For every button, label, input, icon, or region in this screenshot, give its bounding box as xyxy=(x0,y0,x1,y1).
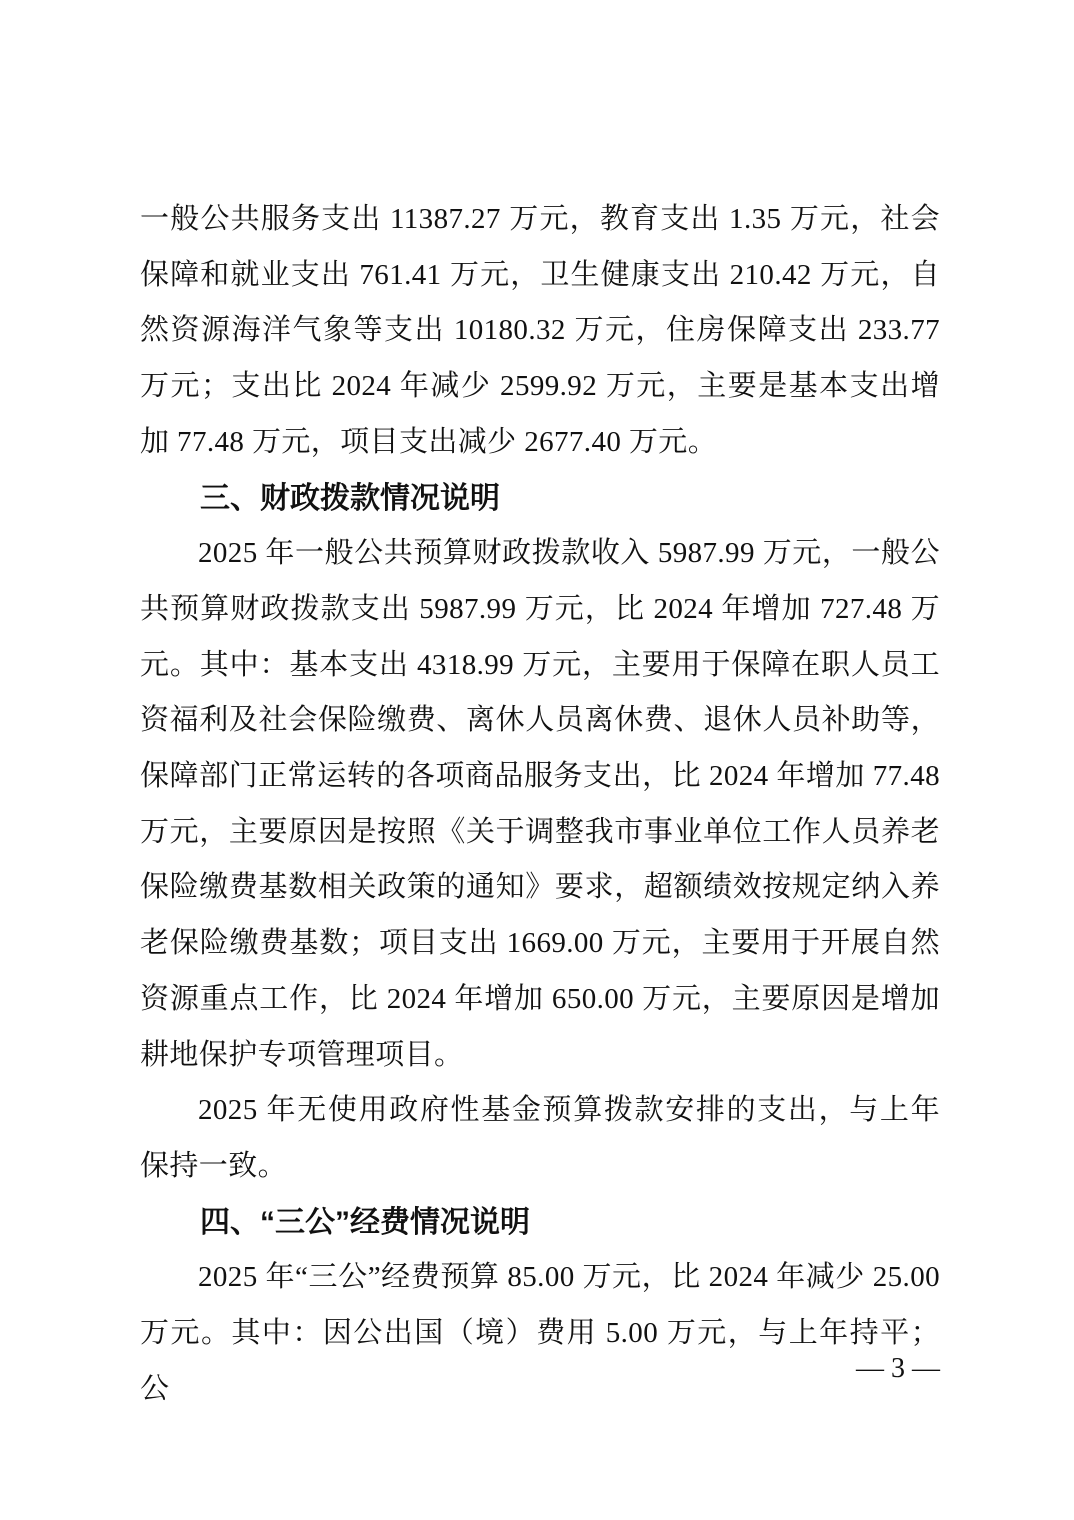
paragraph-expenditure-continuation: 一般公共服务支出 11387.27 万元，教育支出 1.35 万元，社会保障和就… xyxy=(140,192,940,471)
paragraph-three-public-expense: 2025 年“三公”经费预算 85.00 万元，比 2024 年减少 25.00… xyxy=(140,1250,940,1417)
paragraph-government-fund: 2025 年无使用政府性基金预算拨款安排的支出，与上年保持一致。 xyxy=(140,1083,940,1194)
section-heading-three-public: 四、“三公”经费情况说明 xyxy=(140,1195,940,1251)
document-page: 一般公共服务支出 11387.27 万元，教育支出 1.35 万元，社会保障和就… xyxy=(0,0,1074,1520)
paragraph-fiscal-allocation-detail: 2025 年一般公共预算财政拨款收入 5987.99 万元，一般公共预算财政拨款… xyxy=(140,526,940,1083)
section-heading-fiscal-allocation: 三、财政拨款情况说明 xyxy=(140,471,940,527)
document-body: 一般公共服务支出 11387.27 万元，教育支出 1.35 万元，社会保障和就… xyxy=(140,192,940,1417)
page-number: — 3 — xyxy=(856,1352,940,1386)
